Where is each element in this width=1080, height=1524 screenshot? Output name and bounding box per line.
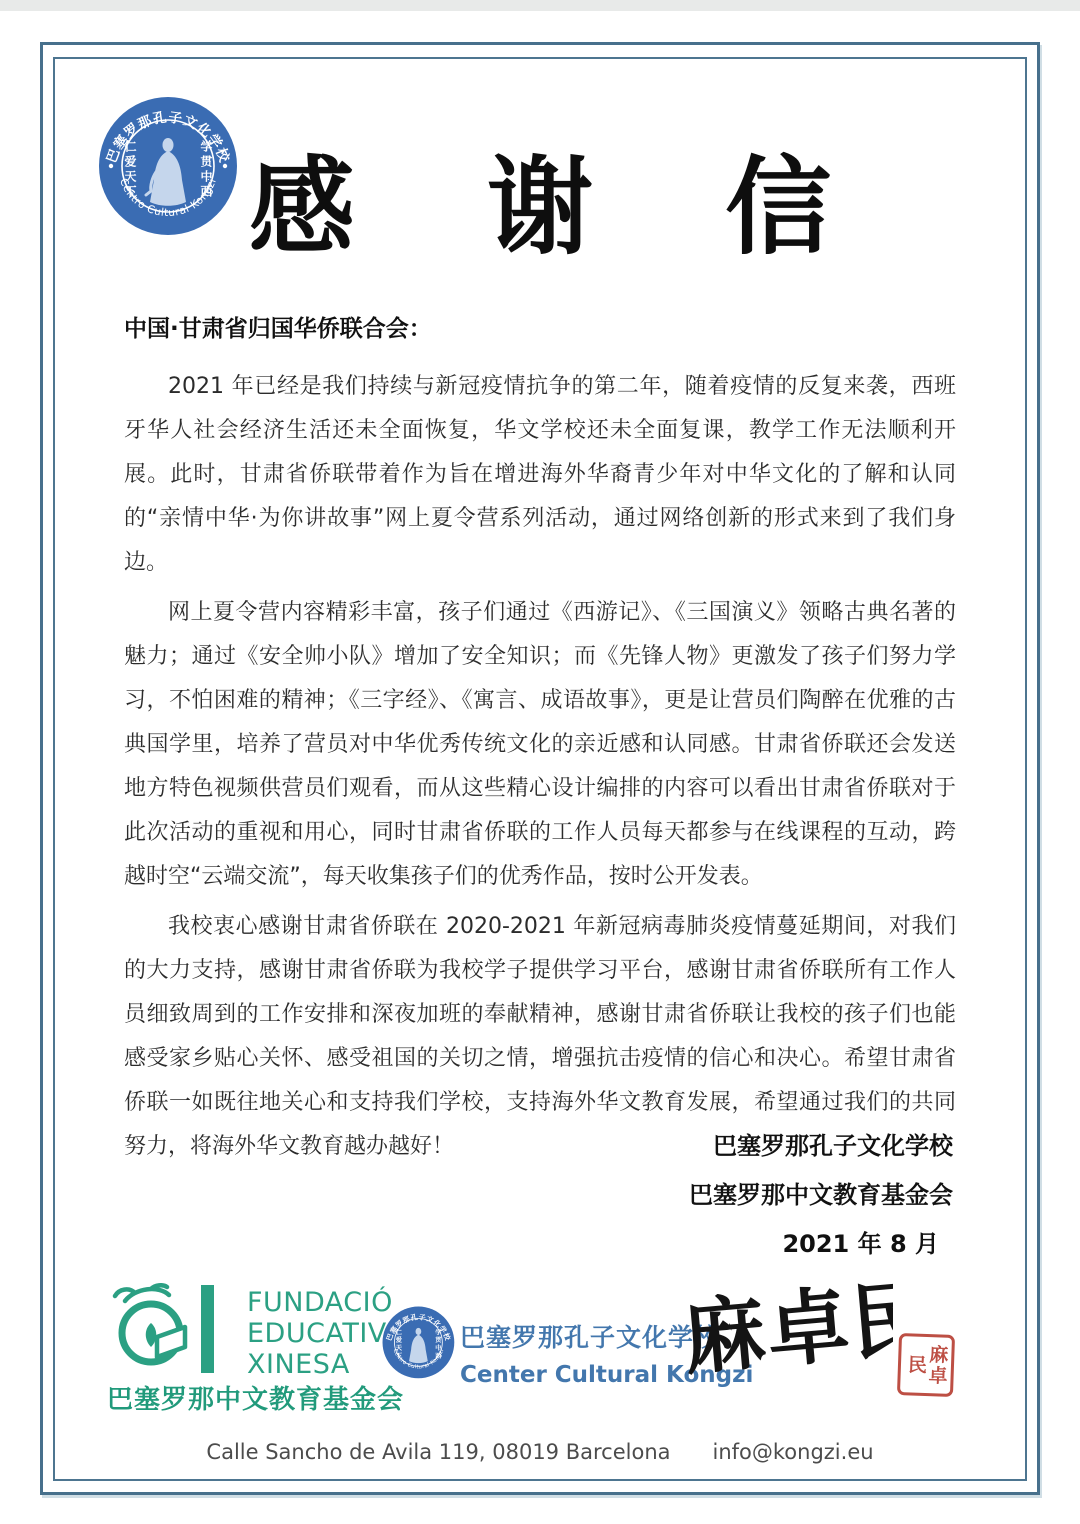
signature-text: 麻卓民 [679, 1272, 893, 1387]
letter-body: 中国·甘肃省归国华侨联合会： 2021 年已经是我们持续与新冠疫情抗争的第二年，… [124, 310, 956, 1175]
seal-col-left: 民 [905, 1354, 927, 1376]
paragraph-2: 网上夏令营内容精彩丰富，孩子们通过《西游记》、《三国演义》领略古典名著的魅力；通… [124, 591, 956, 899]
fundacio-bar-icon [201, 1285, 214, 1373]
seal-col-right: 麻卓 [925, 1344, 947, 1387]
page-title: 感 谢 信 [0, 150, 1080, 267]
email-address: info@kongzi.eu [713, 1440, 874, 1464]
paragraph-1: 2021 年已经是我们持续与新冠疫情抗争的第二年，随着疫情的反复来袭，西班牙华人… [124, 365, 956, 585]
fundacio-line3: XINESA [247, 1349, 404, 1380]
fundacio-dragon-book-icon [105, 1283, 240, 1375]
letter-page: 巴塞罗那孔子文化学校 Centro Cultural Kongzi 仁爱天下 学… [0, 0, 1080, 1524]
handwritten-signature: 麻卓民 [678, 1272, 893, 1407]
signoff-school: 巴塞罗那孔子文化学校 [689, 1122, 953, 1171]
fundacio-name: FUNDACIÓ EDUCATIVA XINESA [247, 1287, 404, 1380]
signoff-date: 2021 年 8 月 [689, 1220, 953, 1269]
fundacio-logo-block: FUNDACIÓ EDUCATIVA XINESA 巴塞罗那中文教育基金会 [105, 1283, 390, 1379]
kongzi-seal-icon-small: 巴塞罗那孔子文化学校 Centro Cultural Kongzi [382, 1306, 455, 1379]
footer-logo-motto-right: 学贯中西 [435, 1329, 441, 1361]
signoff-block: 巴塞罗那孔子文化学校 巴塞罗那中文教育基金会 2021 年 8 月 [689, 1122, 953, 1269]
fundacio-line2: EDUCATIVA [247, 1318, 404, 1349]
signoff-foundation: 巴塞罗那中文教育基金会 [689, 1171, 953, 1220]
footer-address: Calle Sancho de Avila 119, 08019 Barcelo… [0, 1440, 1080, 1464]
street-address: Calle Sancho de Avila 119, 08019 Barcelo… [206, 1440, 670, 1464]
footer-school-logo: 巴塞罗那孔子文化学校 Centro Cultural Kongzi 仁爱天下 学… [382, 1306, 456, 1380]
footer-logo-motto-left: 仁爱天下 [396, 1329, 402, 1361]
red-seal-stamp: 麻卓 民 [897, 1333, 955, 1397]
salutation: 中国·甘肃省归国华侨联合会： [124, 310, 956, 343]
fundacio-line1: FUNDACIÓ [247, 1287, 404, 1318]
photo-edge-strip [0, 0, 1080, 11]
fundacio-chinese-name: 巴塞罗那中文教育基金会 [107, 1379, 387, 1416]
